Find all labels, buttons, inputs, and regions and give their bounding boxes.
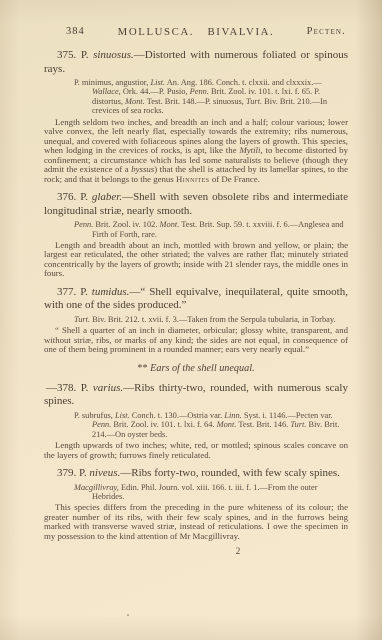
entry-375: 375. P. sinuosus.—Distorted with numerou… xyxy=(44,49,348,184)
running-head: Pecten. xyxy=(307,26,346,37)
entry-paragraph: This species differs from the preceding … xyxy=(44,503,348,541)
entry-379: 379. P. niveus.—Ribs forty-two, rounded,… xyxy=(44,467,348,541)
scan-speckle xyxy=(348,522,350,523)
entry-heading: —378. P. varius.—Ribs thirty-two, rounde… xyxy=(44,382,348,409)
entry-heading: 376. P. glaber.—Shell with seven obsolet… xyxy=(44,191,348,218)
entry-citation: P. subrufus, List. Conch. t. 130.—Ostria… xyxy=(74,411,346,439)
section-heading: ** Ears of the shell unequal. xyxy=(44,363,348,375)
book-page-scan: 384 MOLLUSCA. BIVALVIA. Pecten. 375. P. … xyxy=(0,0,382,640)
entry-paragraph: Length upwards of two inches; white, red… xyxy=(44,441,348,460)
entry-378: —378. P. varius.—Ribs thirty-two, rounde… xyxy=(44,382,348,460)
chapter-title: MOLLUSCA. BIVALVIA. xyxy=(44,26,348,38)
scan-speckle xyxy=(127,614,129,616)
entry-heading: 375. P. sinuosus.—Distorted with numerou… xyxy=(44,49,348,76)
entry-paragraph: Length seldom two inches, and breadth an… xyxy=(44,118,348,185)
entry-heading: 377. P. tumidus.—“ Shell equivalve, ineq… xyxy=(44,286,348,313)
page-header: 384 MOLLUSCA. BIVALVIA. Pecten. xyxy=(44,26,348,40)
entry-citation: Macgillivray, Edin. Phil. Journ. vol. xi… xyxy=(74,483,346,502)
entry-citation: Turt. Biv. Brit. 212. t. xvii. f. 3.—Tak… xyxy=(74,315,346,324)
entry-paragraph: “ Shell a quarter of an inch in diameter… xyxy=(44,326,348,355)
entry-377: 377. P. tumidus.—“ Shell equivalve, ineq… xyxy=(44,286,348,355)
entry-heading: 379. P. niveus.—Ribs forty-two, rounded,… xyxy=(44,467,348,481)
entry-376: 376. P. glaber.—Shell with seven obsolet… xyxy=(44,191,348,279)
entry-paragraph: Length and breadth about an inch, mottle… xyxy=(44,241,348,279)
entry-citation: P. minimus, angustior, List. An. Ang. 18… xyxy=(74,78,346,116)
signature-mark: 2 xyxy=(44,547,348,557)
entry-citation: Penn. Brit. Zool. iv. 102. Mont. Test. B… xyxy=(74,220,346,239)
